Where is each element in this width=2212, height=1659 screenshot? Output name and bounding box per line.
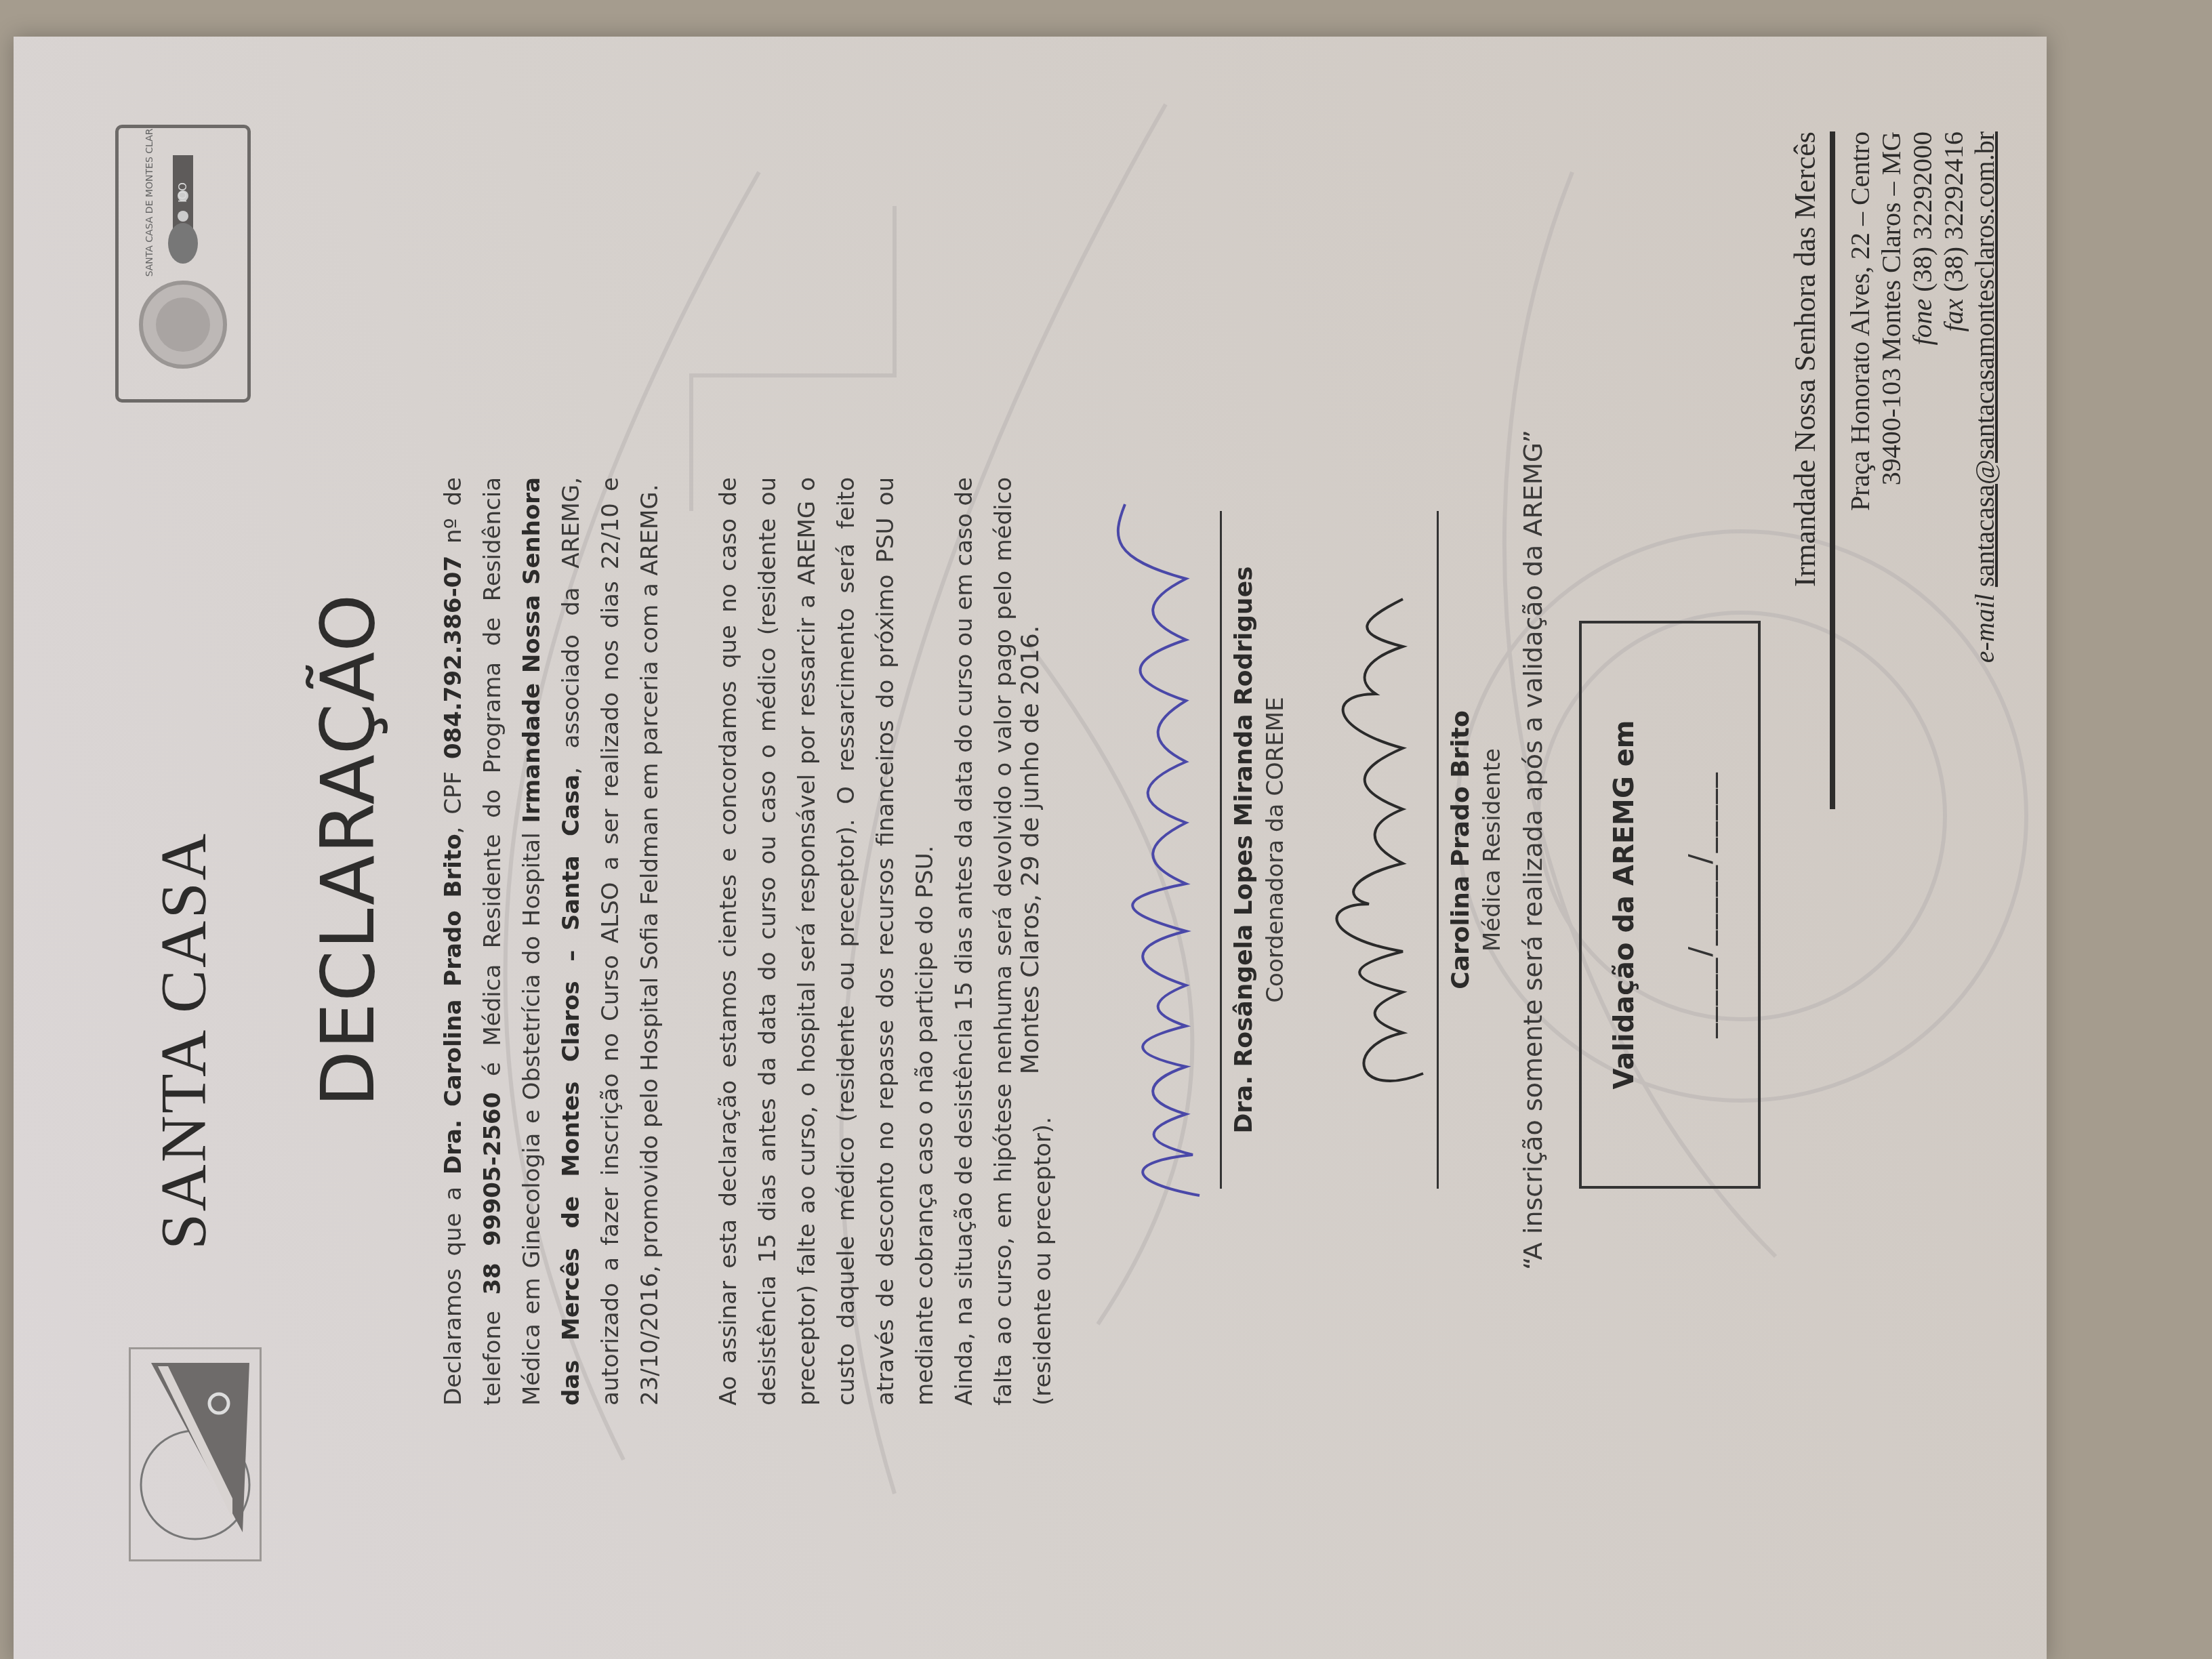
santa-casa-logo	[129, 1347, 262, 1561]
address-line-1: Praça Honorato Alves, 22 – Centro	[1845, 131, 1876, 809]
signature-coordinator: Dra. Rosângela Lopes Miranda Rodrigues C…	[1084, 37, 1289, 1659]
seal-emblem-icon: SANTA CASA DE MONTES CLAROS IOO	[119, 128, 247, 399]
declaration-letter: SANTA CASA SANTA CASA DE MONTES CLAROS I…	[14, 37, 2047, 1659]
place-and-date: Montes Claros, 29 de junho de 2016.	[1017, 37, 1044, 1659]
quality-seal: SANTA CASA DE MONTES CLAROS IOO	[115, 125, 251, 403]
handwritten-signature-icon	[1301, 477, 1437, 1223]
phone-line: fone (38) 32292000	[1907, 131, 1938, 809]
document-title: DECLARAÇÃO	[306, 37, 391, 1659]
footer-rule	[1830, 131, 1835, 809]
svg-text:SANTA CASA DE MONTES CLAROS: SANTA CASA DE MONTES CLAROS	[144, 128, 155, 276]
email-link[interactable]: santacasa@santacasamontesclaros.com.br	[1969, 131, 2000, 587]
signer-name: Dra. Rosângela Lopes Miranda Rodrigues	[1230, 37, 1258, 1659]
validation-date-field: _____/_____/_____	[1683, 623, 1718, 1186]
signer-role: Médica Residente	[1479, 37, 1506, 1659]
signature-resident: Carolina Prado Brito Médica Residente	[1301, 37, 1506, 1659]
triangle-logo-icon	[131, 1349, 260, 1559]
validation-label: Validação da AREMG em	[1609, 623, 1640, 1186]
brand-name: SANTA CASA	[146, 832, 221, 1250]
letter-footer: Irmandade Nossa Senhora das Mercês Praça…	[1830, 131, 2001, 809]
signature-line	[1437, 511, 1439, 1189]
handwritten-signature-icon	[1084, 477, 1220, 1223]
organization-name: Irmandade Nossa Senhora das Mercês	[1788, 131, 1822, 587]
letterhead: SANTA CASA SANTA CASA DE MONTES CLAROS I…	[115, 37, 332, 1659]
signature-line	[1220, 511, 1222, 1189]
fax-line: fax (38) 32292416	[1938, 131, 1969, 809]
declaration-body: Declaramos que a Dra. Carolina Prado Bri…	[434, 477, 1102, 1406]
paragraph-agreement: Ao assinar esta declaração estamos cient…	[709, 477, 945, 1406]
validation-note: “A inscrição somente será realizada após…	[1518, 37, 1548, 1659]
signer-name: Carolina Prado Brito	[1447, 37, 1475, 1659]
svg-text:IOO: IOO	[176, 182, 189, 203]
paragraph-refund-policy: Ainda, na situação de desistência 15 dia…	[945, 477, 1063, 1406]
address-line-2: 39400-103 Montes Claros – MG	[1876, 131, 1907, 809]
email-line: e-mail santacasa@santacasamontesclaros.c…	[1969, 131, 2001, 809]
paragraph-declaration: Declaramos que a Dra. Carolina Prado Bri…	[434, 477, 670, 1406]
signer-role: Coordenadora da COREME	[1262, 37, 1289, 1659]
aremg-validation-box: Validação da AREMG em _____/_____/_____	[1579, 621, 1761, 1189]
contact-info: Praça Honorato Alves, 22 – Centro 39400-…	[1845, 131, 2001, 809]
